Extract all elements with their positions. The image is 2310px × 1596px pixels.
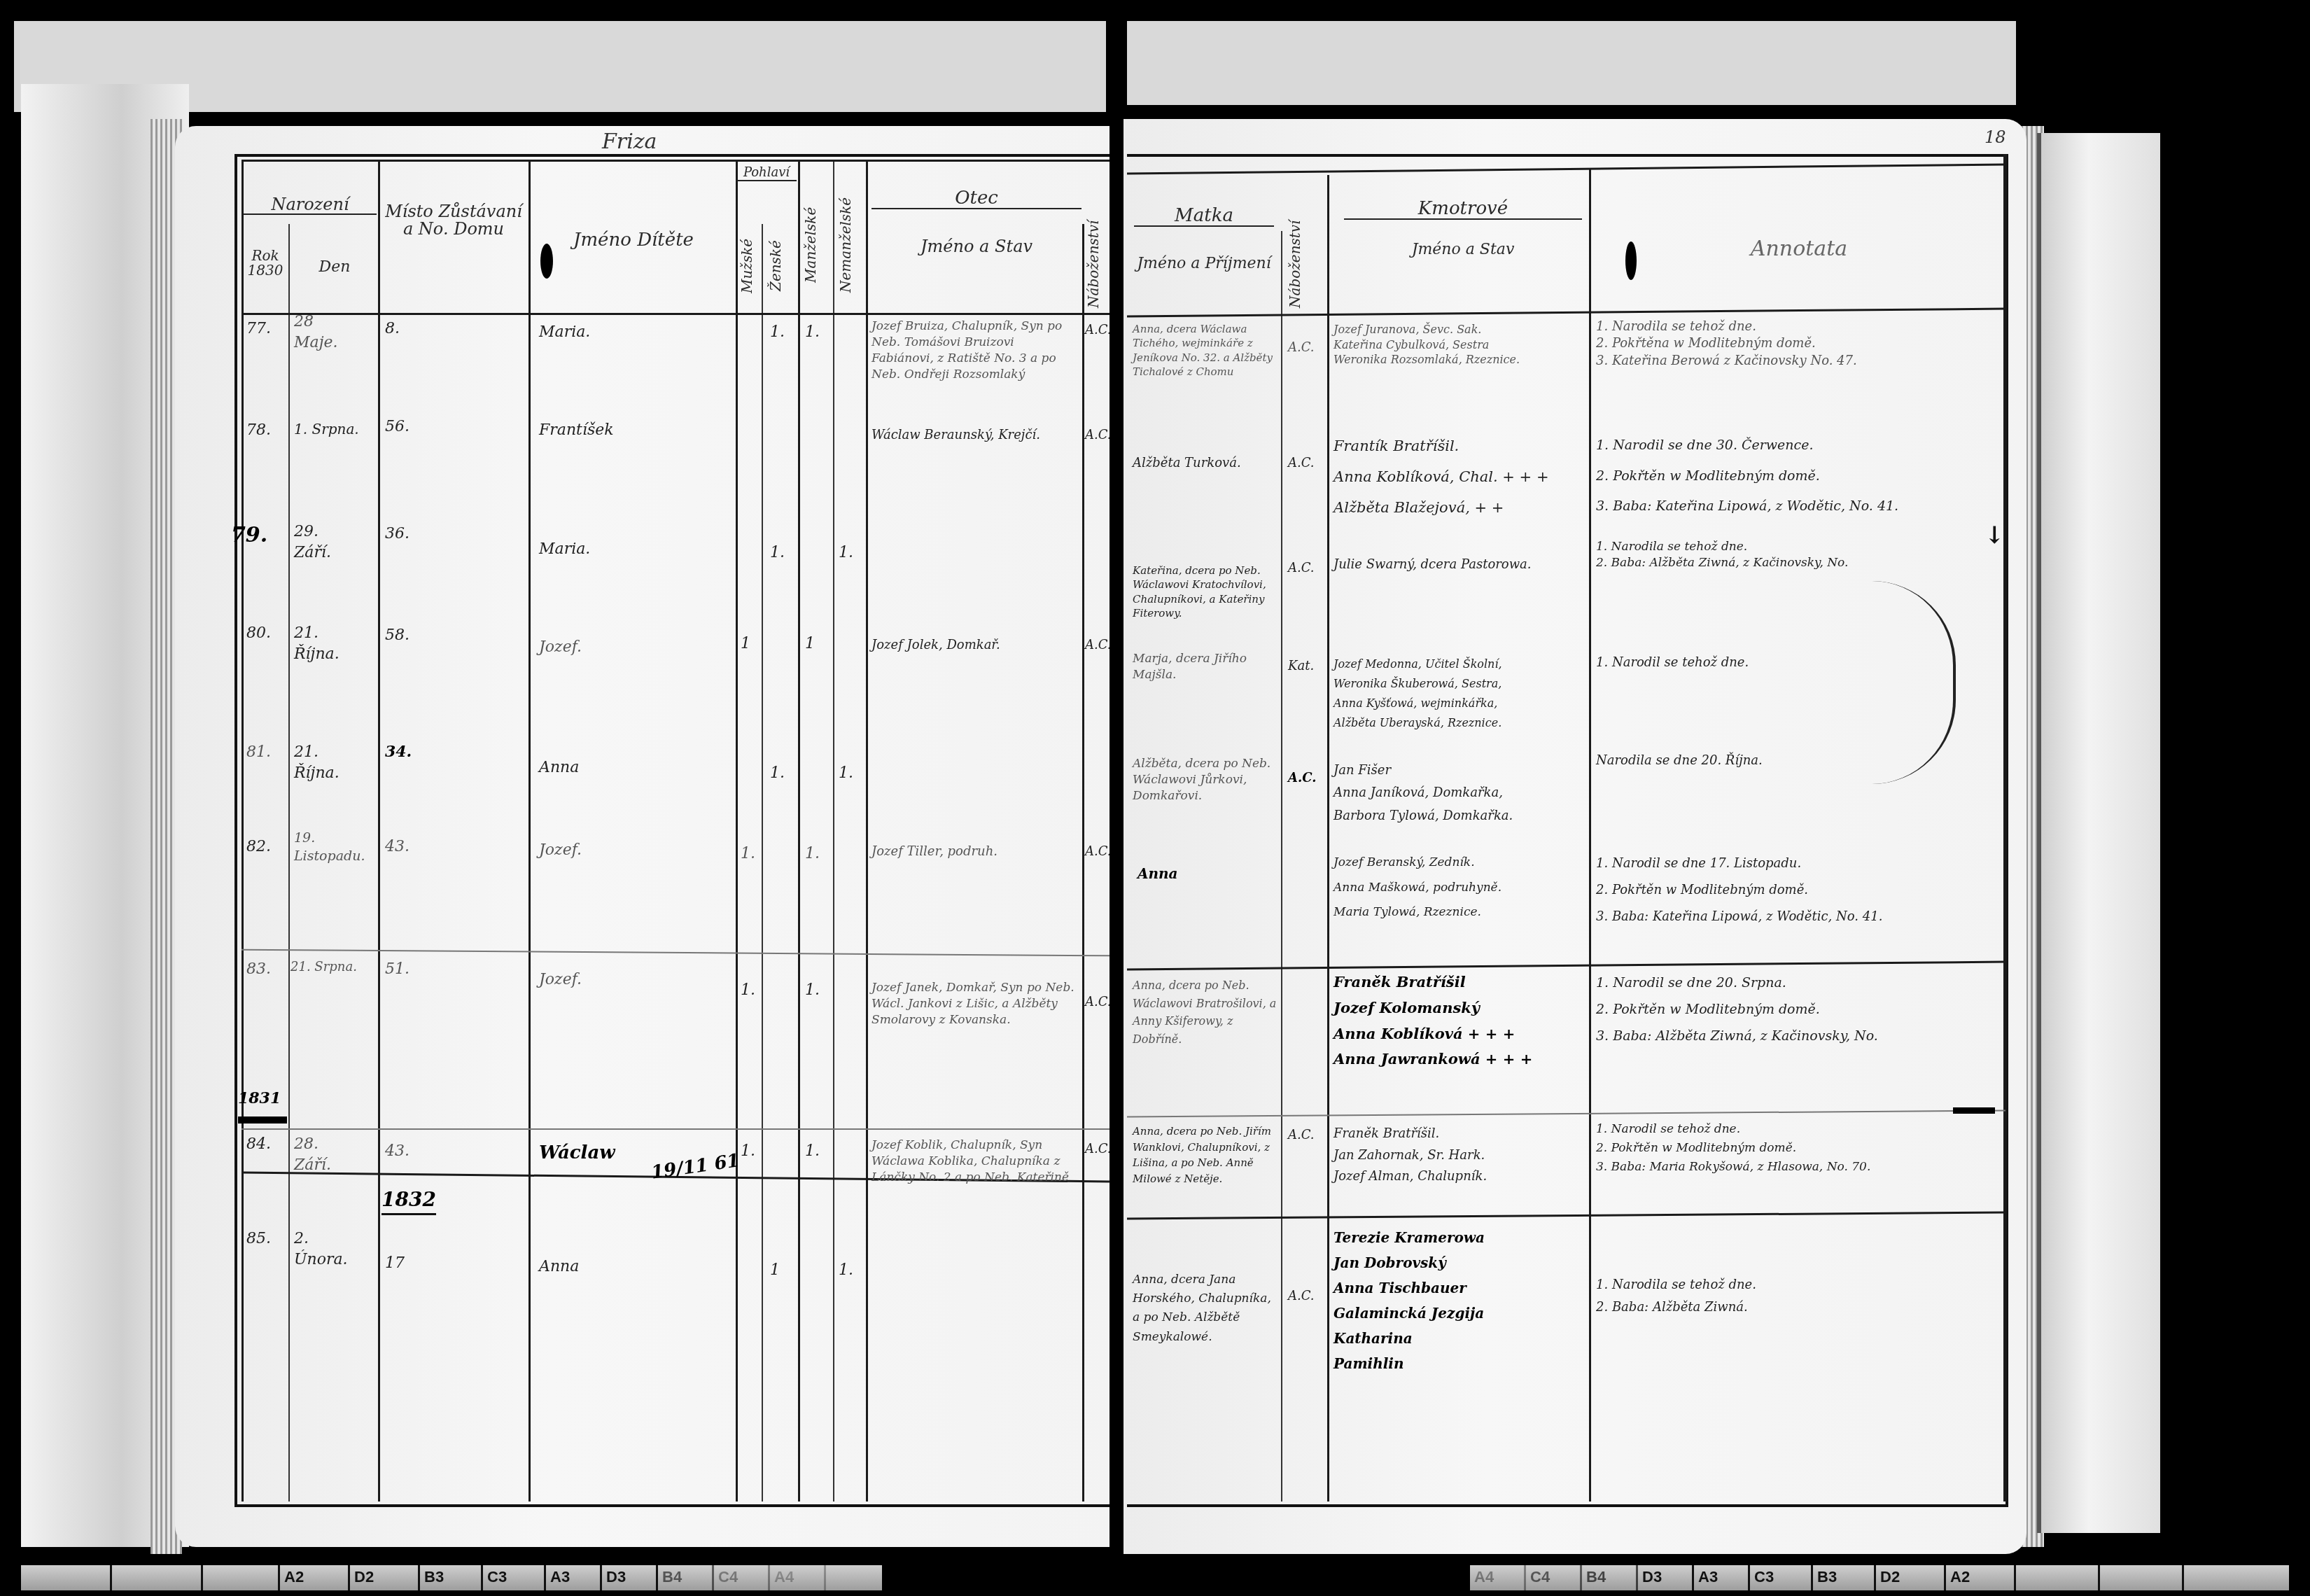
strip-segment [112, 1565, 203, 1590]
header-father-name: Jméno a Stav [875, 238, 1078, 255]
strip-label: A3 [1694, 1565, 1750, 1590]
strip-segment [2016, 1565, 2100, 1590]
entry-number: 80. [246, 623, 271, 644]
entry-mother-religion: A.C. [1288, 1288, 1315, 1305]
tissue-paper-right [2037, 133, 2160, 1533]
entry-day: 19. Listopadu. [294, 829, 365, 865]
entry-mother-religion: A.C. [1288, 560, 1315, 577]
entry-godparents: Terezie Kramerowa Jan Dobrovský Anna Tis… [1333, 1225, 1585, 1376]
ink-blot [540, 244, 553, 279]
header-illegitimate: Nemanželské [839, 182, 853, 308]
ink-blot [1625, 241, 1637, 280]
calibration-strip-left: A2 D2 B3 C3 A3 D3 B4 C4 A4 [21, 1565, 882, 1590]
entry-godparents: Frantík Bratříšil. Anna Koblíková, Chal.… [1333, 430, 1585, 523]
entry-child-name: Jozef. [539, 969, 582, 990]
entry-day: 21. Října. [294, 742, 339, 783]
entry-illegitimate: 1. [839, 542, 853, 563]
entry-day: 1. Srpna. [294, 420, 359, 439]
entry-day: 28 Maje. [294, 311, 337, 353]
entry-child-name: Maria. [539, 322, 590, 343]
strip-label: C4 [1526, 1565, 1582, 1590]
entry-legitimate: 1. [805, 843, 820, 864]
entry-mother: Alžběta Turková. [1133, 455, 1280, 472]
entry-child-name: Maria. [539, 539, 590, 560]
entry-male: 1. [741, 843, 755, 864]
entry-illegitimate: 1. [839, 763, 853, 784]
entry-annotation: 1. Narodila se tehož dne. 2. Pokřtěna w … [1596, 318, 1995, 370]
entry-father: Wáclaw Beraunský, Krejčí. [871, 427, 1081, 444]
entry-religion: A.C. [1085, 843, 1112, 860]
col-divider [762, 224, 763, 1501]
folio-number: 18 [1984, 127, 2006, 147]
entry-mother-religion: A.C. [1288, 339, 1315, 356]
strip-segment [203, 1565, 280, 1590]
entry-father: Jozef Janek, Domkař, Syn po Neb. Wácl. J… [871, 980, 1078, 1028]
strip-segment [2100, 1565, 2184, 1590]
strip-label: A3 [546, 1565, 602, 1590]
entry-annotation: Narodila se dne 20. Října. [1596, 752, 1995, 769]
entry-child-name: Anna [539, 1256, 579, 1277]
entry-legitimate: 1. [805, 980, 820, 1001]
entry-number: 78. [246, 420, 271, 441]
entry-mother-religion: A.C. [1288, 455, 1315, 472]
header-birth-group: Narození [244, 196, 377, 215]
strip-label: D3 [1638, 1565, 1694, 1590]
header-place: Místo Zůstávaní a No. Domu [384, 203, 524, 238]
entry-religion: A.C. [1085, 427, 1112, 444]
entry-house: 58. [385, 625, 409, 646]
entry-legitimate: 1. [805, 322, 820, 343]
col-divider [1082, 224, 1084, 1501]
strip-label: A2 [280, 1565, 350, 1590]
strip-label: D2 [350, 1565, 420, 1590]
entry-annotation: 1. Narodil se tehož dne. [1596, 654, 1995, 671]
entry-female: 1. [770, 322, 785, 343]
entry-annotation: 1. Narodil se dne 30. Čerwence. 2. Pokřt… [1596, 430, 1998, 522]
col-divider [378, 161, 380, 1501]
entry-mother: Anna, dcera po Neb. Jiřím Wanklovi, Chal… [1133, 1123, 1280, 1186]
header-year: Rok 1830 [244, 248, 287, 278]
entry-religion: A.C. [1085, 637, 1112, 654]
entry-house: 34. [385, 742, 412, 763]
entry-female: 1 [770, 1260, 780, 1281]
strip-segment [2184, 1565, 2275, 1590]
header-father-group: Otec [871, 189, 1081, 209]
entry-godparents: Jozef Beranský, Zedník. Anna Maškowá, po… [1333, 850, 1585, 925]
entry-mother: Anna, dcera po Neb. Wáclawovi Bratrošilo… [1133, 976, 1280, 1048]
entry-female: 1. [770, 542, 785, 563]
entry-number: 82. [246, 836, 271, 857]
entry-annotation: 1. Narodila se tehož dne. 2. Baba: Alžbě… [1596, 1274, 1995, 1319]
header-godparents-group: Kmotrové [1344, 199, 1582, 220]
header-sex-male: Mužské [740, 224, 755, 308]
entry-day: 21. Srpna. [290, 959, 357, 976]
entry-male: 1. [741, 1141, 755, 1162]
top-rule [241, 160, 1109, 162]
strip-label: C4 [714, 1565, 770, 1590]
year-marker-1832: 1832 [381, 1186, 436, 1215]
header-mother-group: Matka [1134, 206, 1274, 227]
entry-godparents: Franěk Bratříšil Jozef Kolomanský Anna K… [1333, 969, 1585, 1072]
entry-female: 1. [770, 763, 785, 784]
col-divider [2003, 154, 2007, 1501]
entry-annotation: 1. Narodil se tehož dne. 2. Pokřtěn w Mo… [1596, 1120, 1998, 1177]
entry-mother: Anna [1137, 864, 1284, 883]
entry-house: 43. [385, 836, 409, 857]
entry-godparents: Jozef Juranova, Ševc. Sak. Kateřina Cybu… [1333, 322, 1585, 367]
entry-father: Jozef Bruiza, Chalupník, Syn po Neb. Tom… [871, 318, 1078, 383]
entry-mother-religion: Kat. [1288, 658, 1314, 675]
strip-label: B3 [420, 1565, 483, 1590]
entry-male: 1 [741, 633, 750, 654]
col-divider [241, 161, 244, 1501]
col-divider [1589, 168, 1591, 1501]
strip-label: A2 [1946, 1565, 2016, 1590]
entry-child-name: Frantíšek [539, 420, 614, 441]
entry-number: 85. [246, 1228, 271, 1249]
col-divider [1327, 175, 1329, 1501]
entry-house: 36. [385, 524, 409, 545]
entry-day: 2. Února. [294, 1228, 348, 1270]
header-bottom-rule [241, 313, 1109, 315]
col-divider [833, 161, 834, 1501]
entry-religion: A.C. [1085, 1141, 1112, 1158]
entry-mother: Anna, dcera Wáclawa Tichého, wejminkáře … [1133, 322, 1280, 379]
entry-day: 21. Října. [294, 623, 339, 664]
strip-label: C3 [483, 1565, 546, 1590]
header-legitimate: Manželské [804, 182, 818, 308]
entry-legitimate: 1. [805, 1141, 820, 1162]
strip-segment [21, 1565, 112, 1590]
book-gutter [1109, 105, 1125, 1561]
strip-label: D3 [602, 1565, 658, 1590]
col-divider [736, 161, 738, 1501]
strip-label: A4 [770, 1565, 826, 1590]
entry-mother: Alžběta, dcera po Neb. Wáclawovi Jůrkovi… [1133, 756, 1280, 804]
entry-number: 81. [246, 742, 271, 763]
entry-mother: Anna, dcera Jana Horského, Chalupníka, a… [1133, 1270, 1280, 1347]
year-underline [238, 1116, 287, 1123]
entry-house: 43. [385, 1141, 409, 1162]
entry-father: Jozef Jolek, Domkař. [871, 637, 1081, 654]
col-divider [288, 224, 290, 1501]
entry-religion: A.C. [1085, 322, 1112, 339]
entry-mother-religion: A.C. [1288, 1127, 1315, 1144]
entry-mother-religion: A.C. [1288, 770, 1317, 787]
entry-godparents: Franěk Bratříšil. Jan Zahornak, Sr. Hark… [1333, 1123, 1585, 1188]
header-annotation: Annotata [1610, 238, 1988, 260]
row-separator [241, 1128, 1109, 1130]
strip-label: A4 [1470, 1565, 1526, 1590]
header-godparents-name: Jméno a Stav [1344, 241, 1582, 258]
entry-day: 29. Září. [294, 521, 331, 563]
header-mother-religion: Náboženství [1288, 231, 1303, 308]
strip-label: D2 [1876, 1565, 1946, 1590]
scanned-register-spread: Friza Narození Rok 1830 Den Místo Zůstáv… [0, 0, 2310, 1596]
header-religion: Náboženství [1086, 231, 1101, 308]
entry-religion: A.C. [1085, 994, 1112, 1011]
strip-label: B4 [658, 1565, 714, 1590]
entry-house: 56. [385, 416, 409, 437]
entry-legitimate: 1 [805, 633, 815, 654]
entry-house: 8. [385, 318, 400, 339]
entry-number: 83. [246, 959, 271, 980]
back-cover-right [1127, 21, 2016, 105]
header-child-name: Jméno Dítěte [539, 231, 728, 250]
page-title: Friza [602, 129, 657, 154]
entry-child-name: Wáclaw [539, 1141, 615, 1165]
entry-number: 79. [231, 521, 267, 550]
margin-dash [1953, 1107, 1995, 1114]
entry-day: 28. Září. [294, 1134, 331, 1175]
entry-house: 17 [385, 1253, 405, 1274]
entry-annotation: 1. Narodila se tehož dne. 2. Baba: Alžbě… [1596, 539, 1995, 571]
header-sex-female: Ženské [769, 224, 783, 308]
entry-number: 84. [246, 1134, 271, 1155]
header-day: Den [293, 259, 377, 275]
entry-annotation: 1. Narodil se dne 20. Srpna. 2. Pokřtěn … [1596, 969, 1998, 1049]
entry-father: Jozef Koblik, Chalupník, Syn Wáclawa Kob… [871, 1137, 1078, 1186]
col-divider [866, 161, 868, 1501]
entry-godparents: Julie Swarný, dcera Pastorowa. [1333, 556, 1585, 573]
entry-illegitimate: 1. [839, 1260, 853, 1281]
header-sex-group: Pohlaví [736, 167, 797, 181]
entry-male: 1. [741, 980, 755, 1001]
entry-father: Jozef Tiller, podruh. [871, 843, 1081, 860]
strip-label: B3 [1813, 1565, 1876, 1590]
entry-godparents: Jozef Medonna, Učitel Školní, Weronika Š… [1333, 654, 1585, 733]
col-divider [528, 161, 531, 1501]
entry-mother: Marja, dcera Jiřího Majšla. [1133, 651, 1280, 683]
header-mother-name: Jméno a Příjmení [1130, 255, 1277, 272]
strip-label: C3 [1750, 1565, 1813, 1590]
entry-child-name: Jozef. [539, 840, 582, 861]
year-marker-1831: 1831 [238, 1088, 281, 1109]
strip-label: B4 [1582, 1565, 1638, 1590]
entry-child-name: Jozef. [539, 637, 582, 658]
entry-annotation: 1. Narodil se dne 17. Listopadu. 2. Pokř… [1596, 850, 1998, 930]
calibration-strip-right: A4 C4 B4 D3 A3 C3 B3 D2 A2 [1470, 1565, 2289, 1590]
entry-house: 51. [385, 959, 409, 980]
entry-number: 77. [246, 318, 271, 339]
entry-godparents: Jan Fišer Anna Janíková, Domkařka, Barbo… [1333, 759, 1585, 827]
entry-child-name: Anna [539, 757, 579, 778]
entry-mother: Kateřina, dcera po Neb. Wáclawovi Kratoc… [1133, 563, 1280, 620]
col-divider [798, 161, 800, 1501]
